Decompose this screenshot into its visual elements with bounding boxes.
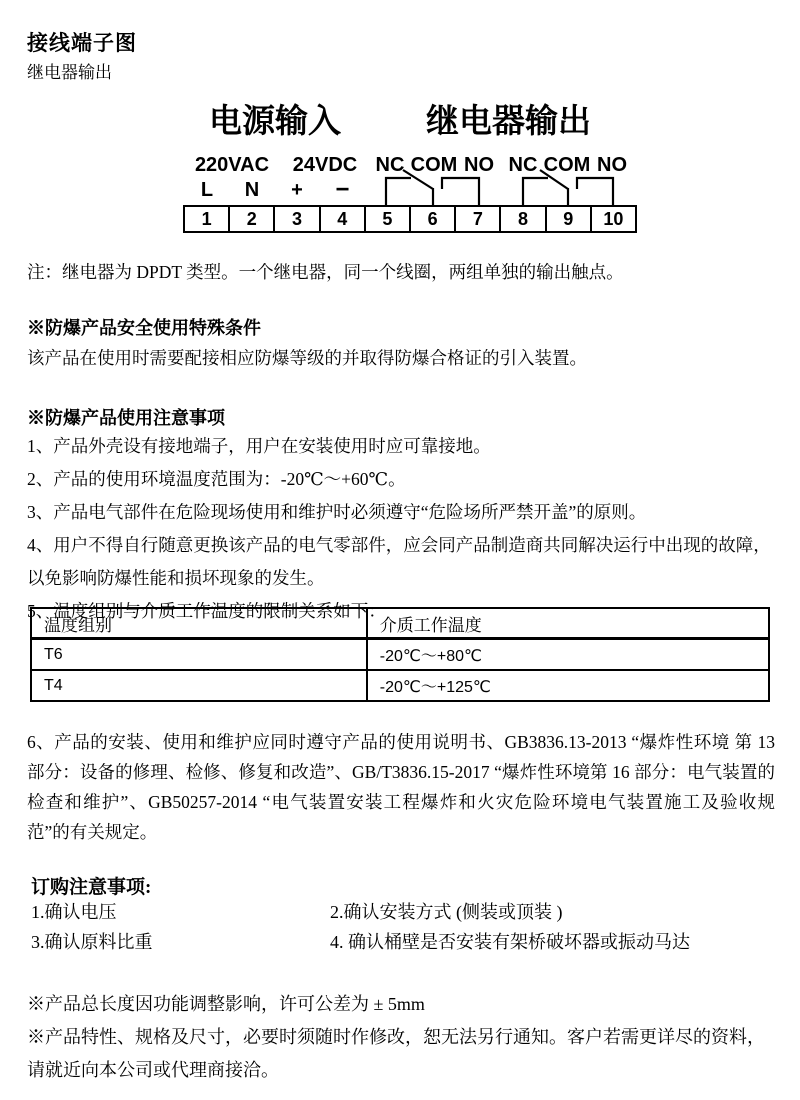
terminal-cell-4: 4 (321, 207, 366, 231)
terminal-cell-10: 10 (592, 207, 635, 231)
table-cell-t4-range: -20℃～+125℃ (367, 670, 769, 701)
document-page: 接线端子图 继电器输出 电源输入 继电器输出 220VAC 24VDC NC C… (0, 0, 800, 1100)
relay-type-note: 注：继电器为 DPDT 类型。一个继电器，同一个线圈，两组单独的输出触点。 (27, 259, 624, 284)
terminal-cell-7: 7 (456, 207, 501, 231)
order-item-3: 3.确认原料比重 (31, 931, 330, 954)
temperature-class-table: 温度组别 介质工作温度 T6 -20℃～+80℃ T4 -20℃～+125℃ (30, 607, 770, 702)
table-header-row: 温度组别 介质工作温度 (31, 608, 769, 639)
order-notes-heading: 订购注意事项: (31, 872, 151, 899)
usage-item-4: 4、用户不得自行随意更换该产品的电气零部件，应会同产品制造商共同解决运行中出现的… (27, 529, 775, 595)
footnote-tolerance: ※产品总长度因功能调整影响，许可公差为 ± 5mm (27, 988, 779, 1021)
table-cell-t6: T6 (31, 639, 367, 671)
table-header-temp-group: 温度组别 (31, 608, 367, 639)
terminal-cell-6: 6 (411, 207, 456, 231)
section-special-conditions-heading: ※防爆产品安全使用特殊条件 (27, 314, 261, 340)
order-notes-list: 1.确认电压 2.确认安装方式 (侧装或顶装 ) 3.确认原料比重 4. 确认桶… (31, 901, 776, 954)
terminal-strip: 1 2 3 4 5 6 7 8 9 10 (183, 205, 637, 233)
terminal-cell-5: 5 (366, 207, 411, 231)
page-title: 接线端子图 (27, 27, 137, 57)
usage-item-1: 1、产品外壳设有接地端子，用户在安装使用时应可靠接地。 (27, 430, 775, 463)
section-usage-notes-heading: ※防爆产品使用注意事项 (27, 404, 225, 430)
order-item-4: 4. 确认桶壁是否安装有架桥破坏器或振动马达 (330, 931, 776, 954)
usage-item-3: 3、产品电气部件在危险现场使用和维护时必须遵守“危险场所严禁开盖”的原则。 (27, 496, 775, 529)
footnote-spec-change: ※产品特性、规格及尺寸，必要时须随时作修改，恕无法另行通知。客户若需更详尽的资料… (27, 1021, 779, 1087)
table-header-medium-temp: 介质工作温度 (367, 608, 769, 639)
table-cell-t4: T4 (31, 670, 367, 701)
order-item-2: 2.确认安装方式 (侧装或顶装 ) (330, 901, 776, 924)
table-cell-t6-range: -20℃～+80℃ (367, 639, 769, 671)
table-row-t4: T4 -20℃～+125℃ (31, 670, 769, 701)
order-item-1: 1.确认电压 (31, 901, 330, 924)
terminal-cell-8: 8 (501, 207, 546, 231)
terminal-cell-9: 9 (547, 207, 592, 231)
usage-item-6: 6、产品的安装、使用和维护应同时遵守产品的使用说明书、GB3836.13-201… (27, 727, 775, 847)
section-special-conditions-body: 该产品在使用时需要配接相应防爆等级的并取得防爆合格证的引入装置。 (27, 345, 587, 370)
footnotes: ※产品总长度因功能调整影响，许可公差为 ± 5mm ※产品特性、规格及尺寸，必要… (27, 988, 779, 1087)
terminal-cell-3: 3 (275, 207, 320, 231)
wiring-terminal-diagram: 电源输入 继电器输出 220VAC 24VDC NC COM NO NC COM… (0, 100, 800, 240)
page-subtitle: 继电器输出 (27, 58, 112, 83)
terminal-cell-1: 1 (185, 207, 230, 231)
usage-item-2: 2、产品的使用环境温度范围为：-20℃～+60℃。 (27, 463, 775, 496)
terminal-cell-2: 2 (230, 207, 275, 231)
table-row-t6: T6 -20℃～+80℃ (31, 639, 769, 671)
usage-notes-list: 1、产品外壳设有接地端子，用户在安装使用时应可靠接地。 2、产品的使用环境温度范… (27, 430, 775, 628)
